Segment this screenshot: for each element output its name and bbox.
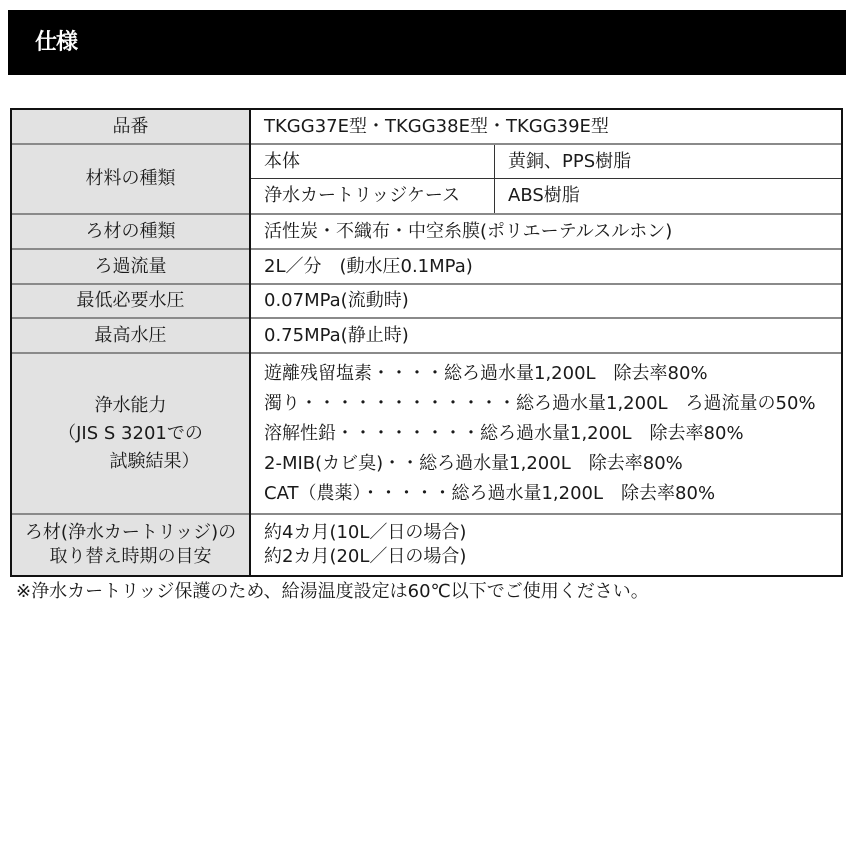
spec-table: 品番 TKGG37E型・TKGG38E型・TKGG39E型 材料の種類 本体 黄… (10, 108, 843, 577)
label-replacement: ろ材(浄水カートリッジ)の 取り替え時期の目安 (12, 515, 249, 575)
label-min-pressure: 最低必要水圧 (12, 285, 249, 317)
label-replacement-line-2: 取り替え時期の目安 (50, 545, 212, 569)
material-part-case: 浄水カートリッジケース (251, 179, 494, 213)
label-max-pressure: 最高水圧 (12, 319, 249, 352)
label-flow-rate: ろ過流量 (12, 250, 249, 283)
label-capacity: 浄水能力 （JIS S 3201での 試験結果） (12, 354, 249, 513)
column-divider (249, 110, 251, 575)
label-capacity-line-3: 試験結果） (62, 448, 200, 476)
label-capacity-line-1: 浄水能力 (95, 392, 167, 420)
value-min-pressure: 0.07MPa(流動時) (251, 285, 841, 317)
value-filter-media: 活性炭・不織布・中空糸膜(ポリエーテルスルホン) (251, 215, 841, 248)
value-max-pressure: 0.75MPa(静止時) (251, 319, 841, 352)
capacity-line-chlorine: 遊離残留塩素・・・・総ろ過水量1,200L 除去率80% (264, 359, 708, 389)
material-part-body: 本体 (251, 145, 494, 178)
material-value-case: ABS樹脂 (495, 179, 841, 213)
capacity-line-turbidity: 濁り・・・・・・・・・・・・総ろ過水量1,200L ろ過流量の50% (264, 389, 816, 419)
capacity-line-2mib: 2-MIB(カビ臭)・・総ろ過水量1,200L 除去率80% (264, 449, 683, 479)
replacement-line-10l: 約4カ月(10L／日の場合) (264, 521, 466, 545)
material-value-body: 黄銅、PPS樹脂 (495, 145, 841, 178)
replacement-line-20l: 約2カ月(20L／日の場合) (264, 545, 466, 569)
label-capacity-line-2: （JIS S 3201での (58, 420, 203, 448)
page-title: 仕様 (35, 26, 77, 60)
value-model: TKGG37E型・TKGG38E型・TKGG39E型 (251, 110, 843, 143)
capacity-line-lead: 溶解性鉛・・・・・・・・総ろ過水量1,200L 除去率80% (264, 419, 744, 449)
value-flow-rate: 2L／分 (動水圧0.1MPa) (251, 250, 841, 283)
capacity-line-cat: CAT（農薬）・・・・・総ろ過水量1,200L 除去率80% (264, 479, 715, 509)
label-material: 材料の種類 (12, 145, 249, 213)
label-replacement-line-1: ろ材(浄水カートリッジ)の (25, 521, 236, 545)
label-filter-media: ろ材の種類 (12, 215, 249, 248)
header-bar: 仕様 (8, 10, 846, 75)
value-capacity: 遊離残留塩素・・・・総ろ過水量1,200L 除去率80% 濁り・・・・・・・・・… (251, 354, 841, 513)
footnote: ※浄水カートリッジ保護のため、給湯温度設定は60℃以下でご使用ください。 (16, 580, 649, 604)
label-model: 品番 (12, 110, 249, 143)
value-replacement: 約4カ月(10L／日の場合) 約2カ月(20L／日の場合) (251, 515, 841, 575)
sub-column-divider (494, 145, 495, 213)
